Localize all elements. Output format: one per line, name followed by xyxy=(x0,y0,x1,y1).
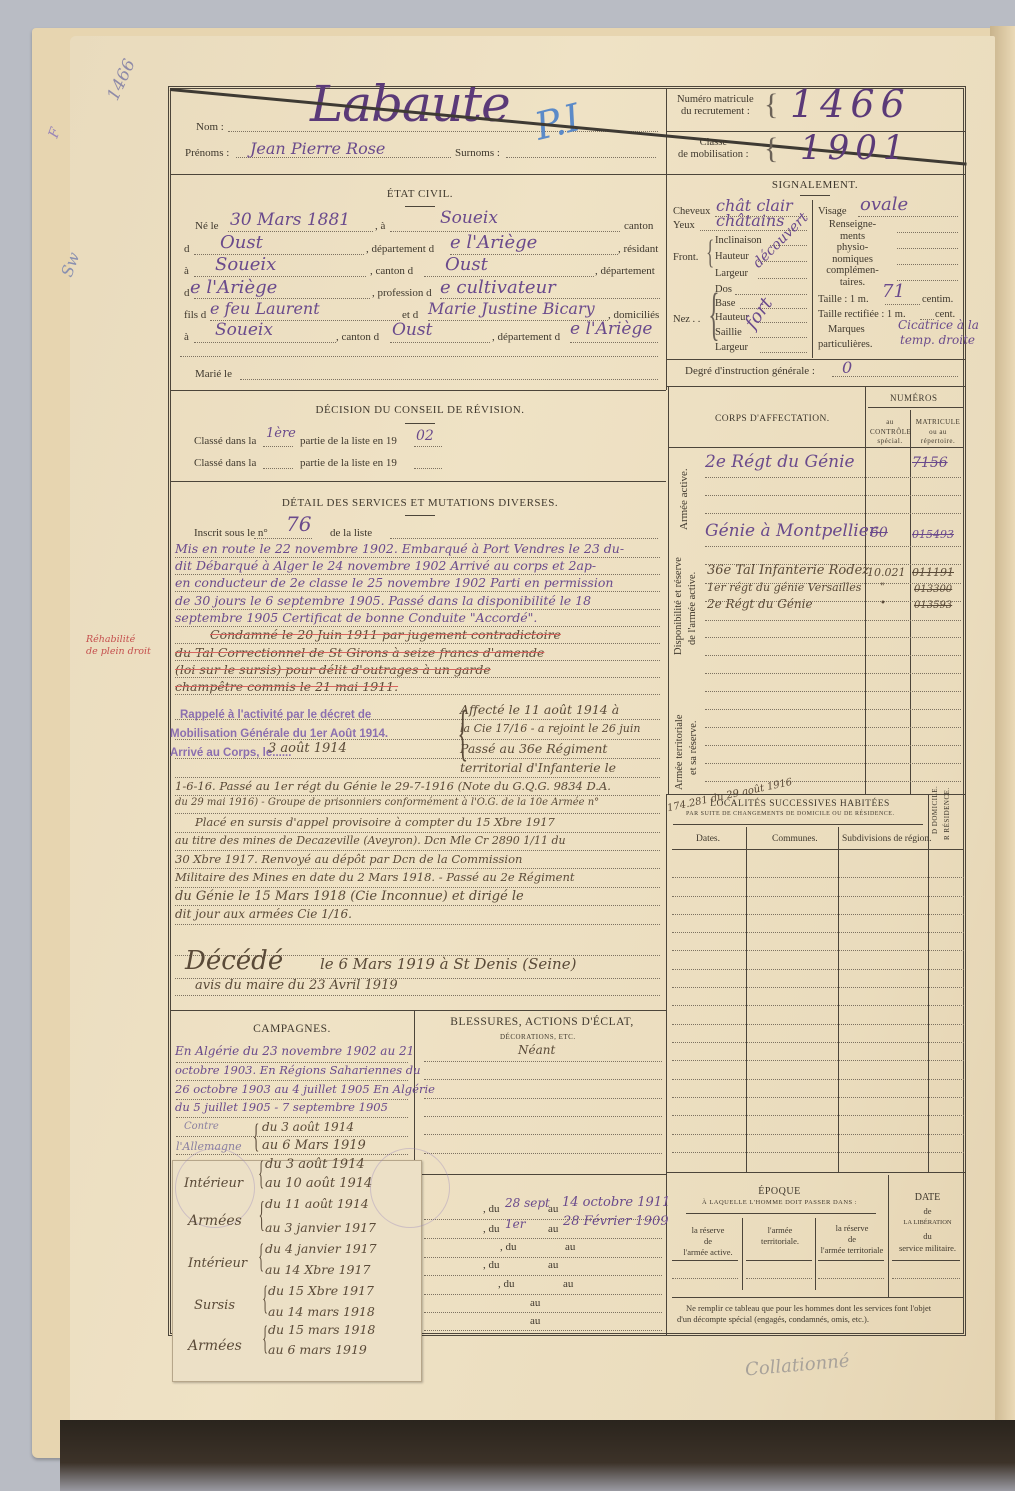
birth-canton[interactable]: Oust xyxy=(220,232,263,253)
services-title: DÉTAIL DES SERVICES ET MUTATIONS DIVERSE… xyxy=(230,497,610,509)
struck-condamnation-line: Condamné le 20 Juin 1911 par jugement co… xyxy=(210,627,561,642)
service-later-line: au titre des mines de Decazeville (Aveyr… xyxy=(175,834,566,847)
affectation-corps[interactable]: 36e Tal Infanterie Rodez xyxy=(707,563,869,578)
service-line: en conducteur de 2e classe le 25 novembr… xyxy=(175,575,613,590)
territoriale-label-2: et sa réserve. xyxy=(688,720,699,775)
affectation-matricule[interactable]: 013593 xyxy=(914,600,952,611)
fils-label: fils d xyxy=(184,309,206,321)
epoque-note-1: Ne remplir ce tableau que pour les homme… xyxy=(686,1303,931,1313)
struck-condamnation-line: champêtre commis le 21 mai 1911. xyxy=(175,679,398,694)
epoque-subtitle: À LAQUELLE L'HOMME DOIT PASSER DANS : xyxy=(702,1199,857,1206)
disponibilite-label-1: Disponibilité et réserve xyxy=(673,557,684,655)
territoriale-field[interactable] xyxy=(746,1278,812,1279)
col-dates: Dates. xyxy=(696,834,720,844)
slip-row-du[interactable]: du 3 août 1914 xyxy=(265,1157,365,1172)
period-au-label: au xyxy=(548,1223,558,1235)
yeux-label: Yeux xyxy=(673,220,695,231)
avis-maire-line[interactable]: avis du maire du 23 Avril 1919 xyxy=(195,978,398,993)
mother-name[interactable]: Marie Justine Bicary xyxy=(428,299,595,318)
period-au-label: au xyxy=(548,1259,558,1271)
bracket-line: Passé au 36e Régiment xyxy=(460,741,607,756)
profession[interactable]: e cultivateur xyxy=(440,277,556,298)
deces-word: Décédé xyxy=(185,946,283,976)
classe-label: Classe de mobilisation : xyxy=(678,137,749,161)
classe-line2-mid: partie de la liste en 19 xyxy=(300,457,397,469)
yeux-value[interactable]: châtains xyxy=(716,211,784,230)
epoque-col-reserve-territoriale: la réservedel'armée territoriale xyxy=(817,1223,887,1256)
period-au-value[interactable]: 14 octobre 1911 xyxy=(562,1195,670,1210)
affectation-controle[interactable]: " xyxy=(880,582,885,593)
reserve-active-field[interactable] xyxy=(672,1278,738,1279)
campagnes-title: CAMPAGNES. xyxy=(170,1023,414,1035)
slip-row-label: Intérieur xyxy=(184,1176,243,1191)
degre-instruction-label: Degré d'instruction générale : xyxy=(685,365,815,377)
visage-value[interactable]: ovale xyxy=(860,194,908,215)
slip-row-au[interactable]: au 14 mars 1918 xyxy=(268,1304,375,1319)
marques-label-2: particulières. xyxy=(818,339,873,350)
localites-title: LOCALITÉS SUCCESSIVES HABITÉES xyxy=(700,799,900,809)
residence-departement[interactable]: e l'Ariège xyxy=(190,277,277,298)
arrive-au-corps-date[interactable]: 3 août 1914 xyxy=(268,741,347,756)
period-au-label: au xyxy=(530,1315,540,1327)
parents-residence[interactable]: Soueix xyxy=(215,320,273,340)
departement-label: , département d xyxy=(366,243,434,255)
affectation-matricule[interactable]: 013300 xyxy=(914,584,952,595)
bracket-line: la Cie 17/16 - a rejoint le 26 juin xyxy=(460,722,640,735)
struck-condamnation-line: (loi sur le sursis) pour délit d'outrage… xyxy=(175,662,491,677)
slip-row-du[interactable]: du 4 janvier 1917 xyxy=(265,1241,377,1256)
blessures-value[interactable]: Néant xyxy=(518,1043,555,1057)
service-later-line: du Génie le 15 Mars 1918 (Cie Inconnue) … xyxy=(175,889,524,904)
nez-largeur-label: Largeur xyxy=(715,342,748,353)
slip-row-au[interactable]: au 6 mars 1919 xyxy=(268,1342,367,1357)
classe-value[interactable]: 1901 xyxy=(800,128,911,168)
period-du-label: , du xyxy=(483,1259,500,1271)
bracket-line: territorial d'Infanterie le xyxy=(460,760,616,775)
degre-instruction-value[interactable]: 0 xyxy=(842,358,852,377)
epoque-col-reserve-active: la réservedel'armée active. xyxy=(676,1225,740,1258)
dom-a-label: à xyxy=(184,331,189,343)
affectation-corps[interactable]: Génie à Montpellier xyxy=(705,521,877,541)
profession-label: , profession d xyxy=(372,287,432,299)
service-later-line: du 29 mai 1916) - Groupe de prisonniers … xyxy=(175,797,599,808)
canton2-label: , canton d xyxy=(370,265,413,277)
slip-row-label: Armées xyxy=(188,1338,242,1354)
de-la-liste-label: de la liste xyxy=(330,527,372,539)
slip-row-label: Armées xyxy=(188,1213,242,1229)
classe-year-value[interactable]: 02 xyxy=(416,428,434,444)
birth-departement[interactable]: e l'Ariège xyxy=(450,232,537,253)
front-largeur-label: Largeur xyxy=(715,268,748,279)
epoque-col-territoriale: l'arméeterritoriale. xyxy=(746,1225,814,1247)
parents-departement[interactable]: e l'Ariège xyxy=(570,319,652,339)
rehabilitation-note: Réhabilité de plein droit xyxy=(86,634,151,658)
period-du-label: , du xyxy=(498,1278,515,1290)
front-label: Front. xyxy=(673,252,698,263)
prenoms-label: Prénoms : xyxy=(185,147,229,159)
nez-label: Nez . . xyxy=(673,314,700,325)
taille-unit: centim. xyxy=(922,294,953,305)
de-label: d xyxy=(184,287,190,299)
contre-au[interactable]: au 6 Mars 1919 xyxy=(262,1138,366,1153)
marie-label: Marié le xyxy=(195,368,232,380)
slip-row-au[interactable]: au 14 Xbre 1917 xyxy=(265,1262,370,1277)
mobilisation-stamp-line1: Rappelé à l'activité par le décret de xyxy=(180,709,371,721)
residant-a-label: à xyxy=(184,265,189,277)
col-subdivisions: Subdivisions de région. xyxy=(842,834,931,844)
corps-affectation-header: CORPS D'AFFECTATION. xyxy=(715,414,830,424)
affectation-corps[interactable]: 1er régt du génie Versailles xyxy=(707,581,861,594)
visage-label: Visage xyxy=(818,206,847,217)
residant-label: , résidant xyxy=(618,243,658,255)
matricule-label: Numéro matricule du recrutement : xyxy=(677,94,754,118)
epoque-note-2: d'un décompte spécial (engagés, condamné… xyxy=(677,1314,869,1324)
inscrit-value[interactable]: 76 xyxy=(286,512,311,536)
period-du-label: , du xyxy=(500,1241,517,1253)
period-au-label: au xyxy=(548,1203,558,1215)
period-au-value[interactable]: 28 Février 1909 xyxy=(563,1214,669,1229)
service-line: dit Débarqué à Alger le 24 novembre 1902… xyxy=(175,558,596,573)
parents-canton[interactable]: Oust xyxy=(392,320,432,340)
affectation-corps[interactable]: 2e Régt du Génie xyxy=(705,452,855,472)
blessures-subtitle: DÉCORATIONS, ETC. xyxy=(500,1033,576,1041)
matricule-header: MATRICULE ou au répertoire. xyxy=(913,418,963,447)
classe-line1-mid: partie de la liste en 19 xyxy=(300,435,397,447)
territoriale-label-1: Armée territoriale xyxy=(674,715,685,791)
affectation-matricule[interactable]: 7156 xyxy=(912,455,948,471)
affectation-controle[interactable]: 10.021 xyxy=(867,566,906,579)
birth-place[interactable]: Soueix xyxy=(440,208,498,228)
affectation-matricule[interactable]: 011191 xyxy=(912,566,954,579)
surnoms-label: Surnoms : xyxy=(455,147,500,159)
front-inclinaison-label: Inclinaison xyxy=(715,235,762,246)
period-au-label: au xyxy=(563,1278,573,1290)
d-label: d xyxy=(184,243,190,255)
period-du-label: , du xyxy=(483,1223,500,1235)
blessures-title: BLESSURES, ACTIONS D'ÉCLAT, xyxy=(420,1016,664,1028)
renseignements-label: Renseigne- ments physio- nomiques complé… xyxy=(820,219,885,288)
period-du-value[interactable]: 1er xyxy=(505,1217,525,1231)
slip-row-au[interactable]: au 10 août 1914 xyxy=(265,1176,372,1191)
father-name[interactable]: e feu Laurent xyxy=(210,299,320,318)
taille-rectifiee-label: Taille rectifiée : 1 m. xyxy=(818,309,906,320)
date-liberation-header: DATE de LA LIBÉRATION du service militai… xyxy=(890,1192,965,1255)
service-line: de 30 jours le 6 septembre 1905. Passé d… xyxy=(175,593,591,608)
etat-civil-title: ÉTAT CIVIL. xyxy=(280,188,560,200)
service-later-line: dit jour aux armées Cie 1/16. xyxy=(175,907,352,921)
domicile-header: D DOMICILE. xyxy=(931,786,939,834)
departement2-label: , département xyxy=(595,265,655,277)
cheveux-label: Cheveux xyxy=(673,206,710,217)
service-later-line: 30 Xbre 1917. Renvoyé au dépôt par Dcn d… xyxy=(175,852,522,866)
nez-base-label: Base xyxy=(715,298,735,309)
service-later-line: 1-6-16. Passé au 1er régt du Génie le 29… xyxy=(175,779,611,793)
classe-partie-value[interactable]: 1ère xyxy=(266,426,296,441)
rehabilitation-note-line2: de plein droit xyxy=(86,646,151,658)
affectation-controle[interactable]: 60 xyxy=(870,525,888,541)
signalement-title: SIGNALEMENT. xyxy=(700,179,930,191)
service-line: septembre 1905 Certificat de bonne Condu… xyxy=(175,610,537,625)
faded-stamp xyxy=(370,1148,450,1228)
nez-dos-label: Dos xyxy=(715,284,732,295)
service-line: Mis en route le 22 novembre 1902. Embarq… xyxy=(175,541,624,556)
residence-canton[interactable]: Oust xyxy=(445,254,488,275)
nom-label: Nom : xyxy=(196,121,224,133)
slip-row-du[interactable]: du 15 Xbre 1917 xyxy=(268,1283,374,1298)
disponibilite-label-2: de l'armée active. xyxy=(687,572,698,645)
prenoms-value[interactable]: Jean Pierre Rose xyxy=(250,139,385,158)
period-au-label: au xyxy=(565,1241,575,1253)
dom-dept-label: , département d xyxy=(492,331,560,343)
service-later-line: Militaire des Mines en date du 2 Mars 19… xyxy=(175,870,575,884)
slip-row-au[interactable]: au 3 janvier 1917 xyxy=(265,1220,376,1235)
classe-line1-prefix: Classé dans la xyxy=(194,435,256,447)
bracket-line: Affecté le 11 août 1914 à xyxy=(460,702,619,717)
contre-label: Contre xyxy=(184,1121,219,1132)
period-au-label: au xyxy=(530,1297,540,1309)
residence[interactable]: Soueix xyxy=(215,254,276,275)
mobilisation-stamp-line2: Mobilisation Générale du 1er Août 1914. xyxy=(170,728,388,740)
taille-label: Taille : 1 m. xyxy=(818,294,869,305)
conseil-revision-title: DÉCISION DU CONSEIL DE RÉVISION. xyxy=(260,404,580,416)
campagne-line: du 5 juillet 1905 - 7 septembre 1905 xyxy=(175,1100,388,1114)
affectation-matricule[interactable]: 015493 xyxy=(912,528,954,541)
reserve-territoriale-field[interactable] xyxy=(818,1278,884,1279)
period-du-label: , du xyxy=(483,1203,500,1215)
rehabilitation-note-line1: Réhabilité xyxy=(86,634,151,646)
nez-saillie-label: Saillie xyxy=(715,327,742,338)
epoque-title: ÉPOQUE xyxy=(672,1186,887,1197)
date-liberation-field[interactable] xyxy=(892,1278,960,1279)
matricule-value[interactable]: 1466 xyxy=(790,82,911,126)
slip-row-du[interactable]: du 11 août 1914 xyxy=(265,1196,369,1211)
classe-line2-prefix: Classé dans la xyxy=(194,457,256,469)
marques-value-2[interactable]: temp. droite xyxy=(900,333,975,347)
taille-value[interactable]: 71 xyxy=(882,281,905,302)
controle-header: au CONTRÔLE spécial. xyxy=(870,418,910,447)
marques-label-1: Marques xyxy=(828,324,865,335)
slip-row-label: Sursis xyxy=(194,1298,235,1313)
slip-row-label: Intérieur xyxy=(188,1256,247,1271)
campagne-line: 26 octobre 1903 au 4 juillet 1905 En Alg… xyxy=(175,1082,435,1096)
period-du-value[interactable]: 28 sept xyxy=(505,1196,550,1210)
affectation-controle[interactable]: • xyxy=(880,598,886,609)
birth-date[interactable]: 30 Mars 1881 xyxy=(230,210,350,230)
campagne-line: octobre 1903. En Régions Sahariennes du xyxy=(175,1063,421,1077)
deces-line[interactable]: le 6 Mars 1919 à St Denis (Seine) xyxy=(320,955,576,973)
struck-condamnation-line: du Tal Correctionnel de St Girons à seiz… xyxy=(175,645,544,660)
col-communes: Communes. xyxy=(772,834,818,844)
residence-header: R RÉSIDENCE. xyxy=(943,787,951,840)
ne-le-label: Né le xyxy=(195,220,219,232)
slip-row-du[interactable]: du 15 mars 1918 xyxy=(268,1322,375,1337)
affectation-corps[interactable]: 2e Régt du Génie xyxy=(707,597,813,611)
a-label: , à xyxy=(375,220,385,232)
marques-value-1[interactable]: Cicatrice à la xyxy=(898,318,979,332)
campagne-line: En Algérie du 23 novembre 1902 au 21 xyxy=(175,1044,414,1058)
armee-active-label: Armée active. xyxy=(678,468,690,530)
numeros-header: NUMÉROS xyxy=(890,393,938,403)
book-shadow xyxy=(60,1420,1015,1491)
front-hauteur-label: Hauteur xyxy=(715,251,749,262)
dom-canton-label: , canton d xyxy=(336,331,379,343)
localites-subtitle: PAR SUITE DE CHANGEMENTS DE DOMICILE OU … xyxy=(686,811,894,817)
service-later-line: Placé en sursis d'appel provisoire à com… xyxy=(195,815,555,829)
canton-label: canton xyxy=(624,220,653,232)
contre-du[interactable]: du 3 août 1914 xyxy=(262,1120,354,1134)
